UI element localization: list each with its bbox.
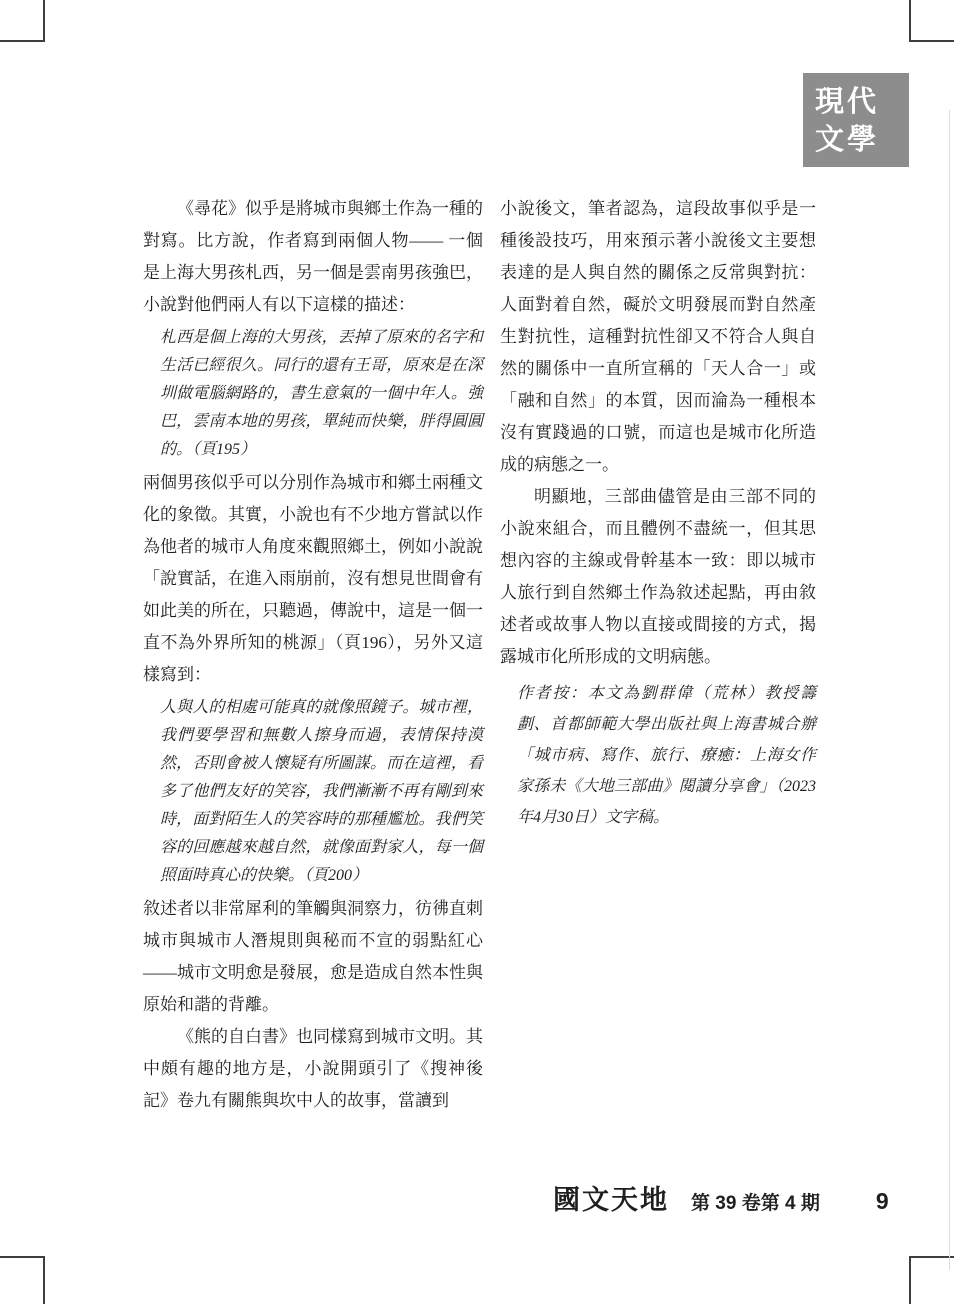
page-edge-line	[949, 110, 950, 1270]
footer: 國文天地 第 39 卷第 4 期 9	[553, 1178, 889, 1217]
crop-mark-top-right	[909, 0, 954, 42]
right-column: 小說後文，筆者認為，這段故事似乎是一種後設技巧，用來預示著小說後文主要想表達的是…	[500, 193, 816, 833]
paragraph: 兩個男孩似乎可以分別作為城市和鄉土兩種文化的象徵。其實，小說也有不少地方嘗試以作…	[143, 467, 483, 691]
crop-mark-bottom-right	[909, 1256, 954, 1304]
paragraph: 《尋花》似乎是將城市與鄉土作為一種的對寫。比方說，作者寫到兩個人物—— 一個是上…	[143, 193, 483, 321]
paragraph: 《熊的自白書》也同樣寫到城市文明。其中頗有趣的地方是，小說開頭引了《搜神後記》卷…	[143, 1021, 483, 1117]
section-tab-line1: 現代	[815, 83, 909, 121]
page-number: 9	[876, 1188, 889, 1215]
paragraph: 敘述者以非常犀利的筆觸與洞察力，彷彿直刺城市與城市人潛規則與秘而不宣的弱點紅心—…	[143, 893, 483, 1021]
left-column: 《尋花》似乎是將城市與鄉土作為一種的對寫。比方說，作者寫到兩個人物—— 一個是上…	[143, 193, 483, 1117]
crop-mark-top-left	[0, 0, 45, 42]
block-quote: 人與人的相處可能真的就像照鏡子。城市裡，我們要學習和無數人擦身而過，表情保持漠然…	[160, 694, 483, 890]
paragraph: 明顯地，三部曲儘管是由三部不同的小說來組合，而且體例不盡統一，但其思想內容的主線…	[500, 481, 816, 673]
section-tab-line2: 文學	[815, 121, 909, 159]
issue-info: 第 39 卷第 4 期	[691, 1188, 820, 1215]
paragraph: 小說後文，筆者認為，這段故事似乎是一種後設技巧，用來預示著小說後文主要想表達的是…	[500, 193, 816, 481]
section-tab: 現代 文學	[803, 73, 909, 167]
author-note: 作者按：本文為劉群偉（荒林）教授籌劃、首都師範大學出版社與上海書城合辦「城市病、…	[517, 678, 816, 833]
magazine-logo: 國文天地	[553, 1178, 669, 1217]
crop-mark-bottom-left	[0, 1256, 45, 1304]
block-quote: 札西是個上海的大男孩，丟掉了原來的名字和生活已經很久。同行的還有王哥，原來是在深…	[160, 324, 483, 464]
magazine-page: 現代 文學 《尋花》似乎是將城市與鄉土作為一種的對寫。比方說，作者寫到兩個人物—…	[0, 0, 954, 1304]
